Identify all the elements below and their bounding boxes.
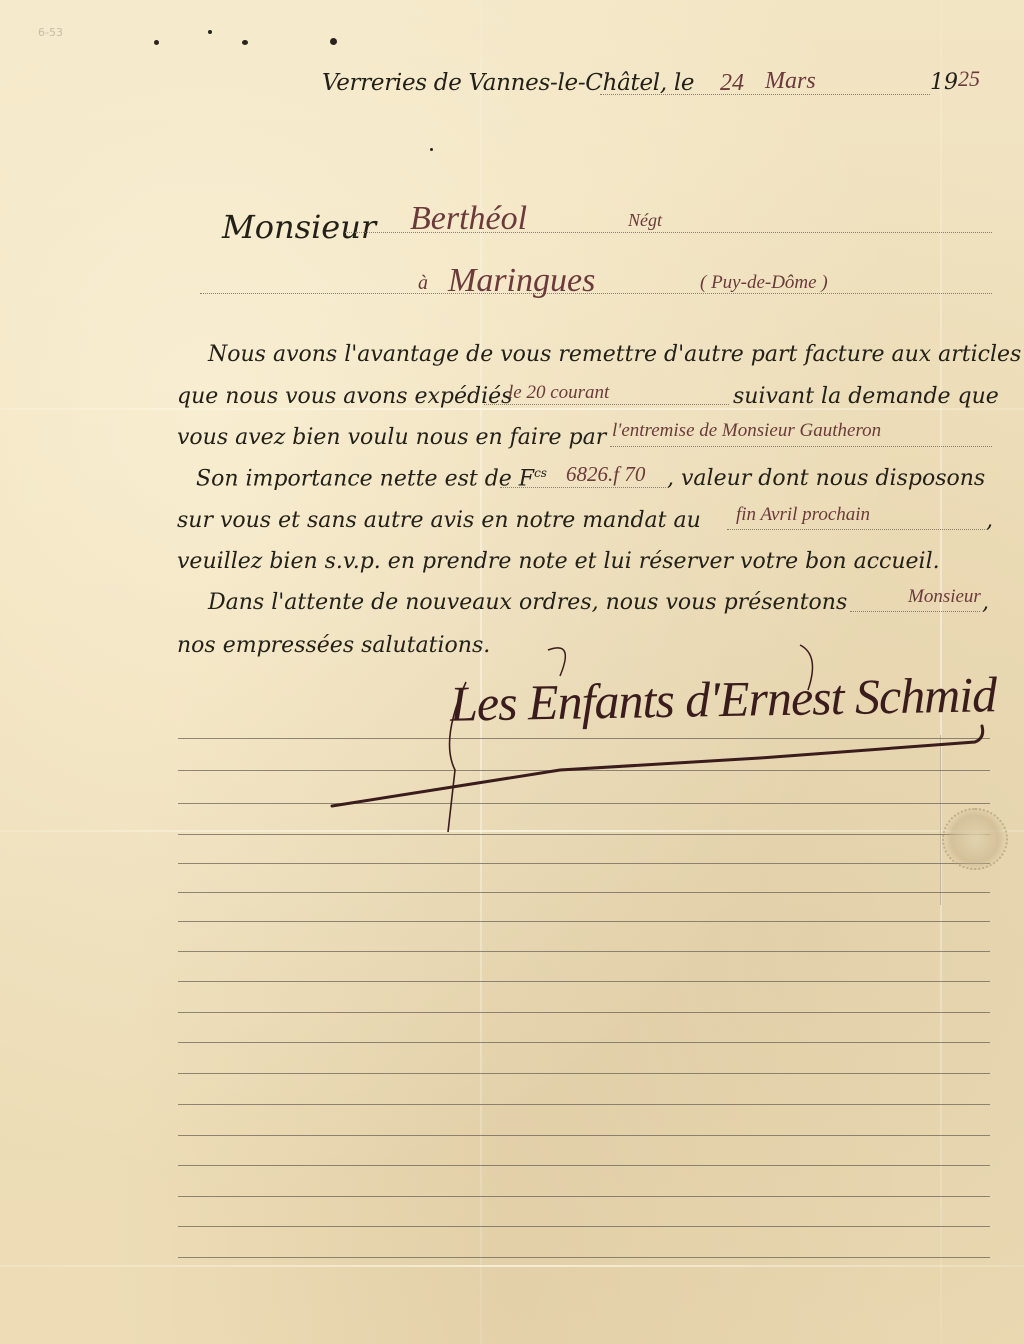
- signature-flourish: [0, 0, 1024, 1344]
